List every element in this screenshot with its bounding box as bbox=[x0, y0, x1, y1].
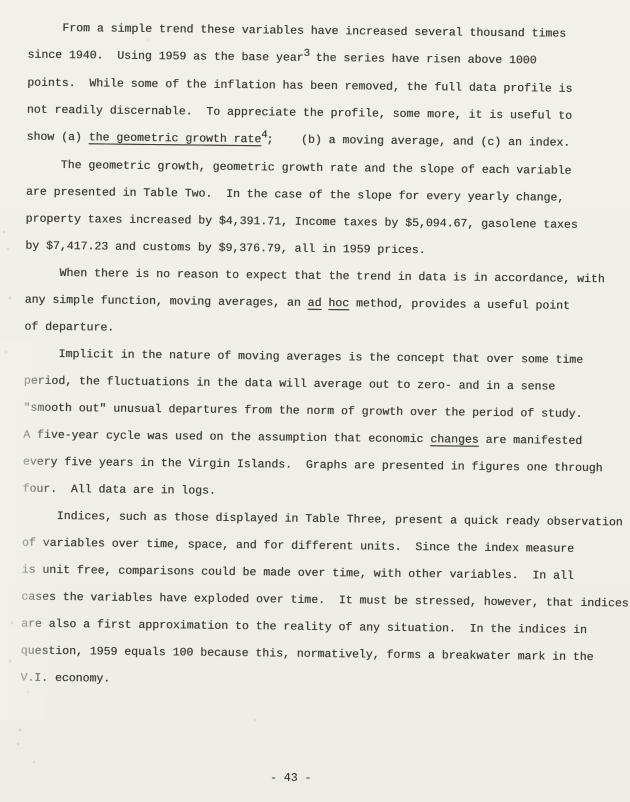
text-segment: question, 1959 equals 100 because this, … bbox=[21, 645, 594, 664]
text-segment: Implicit in the nature of moving average… bbox=[24, 348, 583, 367]
text-segment: V.I. economy. bbox=[20, 672, 110, 686]
footnote-superscript: 4 bbox=[261, 129, 266, 141]
text-segment: "smooth out" unusual departures from the… bbox=[23, 402, 582, 421]
underlined-phrase: hoc bbox=[328, 297, 349, 310]
text-segment: ; (b) a moving average, and (c) an index… bbox=[267, 133, 571, 149]
text-segment: The geometric growth, geometric growth r… bbox=[26, 159, 571, 178]
text-segment: are manifested bbox=[479, 434, 583, 448]
underlined-phrase: changes bbox=[430, 433, 478, 447]
underlined-phrase: the geometric growth rate bbox=[89, 131, 262, 146]
text-segment: not readily discernable. To appreciate t… bbox=[27, 104, 572, 123]
text-segment: by $7,417.23 and customs by $9,376.79, a… bbox=[25, 240, 425, 258]
text-segment: is unit free, comparisons could be made … bbox=[22, 564, 574, 583]
text-segment: since 1940. Using 1959 as the base year bbox=[27, 49, 303, 65]
text-segment: method, provides a useful point bbox=[349, 297, 570, 313]
text-segment: property taxes increased by $4,391.71, I… bbox=[26, 213, 578, 232]
footnote-superscript: 3 bbox=[304, 48, 309, 60]
text-segment: every five years in the Virgin Islands. … bbox=[23, 456, 603, 476]
typed-text-block: From a simple trend these variables have… bbox=[20, 15, 624, 699]
text-segment: four. All data are in logs. bbox=[23, 483, 216, 498]
text-segment: A five-year cycle was used on the assump… bbox=[23, 429, 430, 447]
text-segment: the series have risen above 1000 bbox=[309, 52, 537, 68]
text-segment: period, the fluctuations in the data wil… bbox=[24, 375, 556, 394]
text-segment: of variables over time, space, and for d… bbox=[22, 537, 574, 556]
text-segment: any simple function, moving averages, an bbox=[25, 294, 308, 310]
text-segment: Indices, such as those displayed in Tabl… bbox=[22, 510, 623, 530]
text-segment: show (a) bbox=[27, 131, 89, 145]
text-segment: cases the variables have exploded over t… bbox=[21, 591, 628, 611]
text-segment: of departure. bbox=[24, 321, 114, 335]
underlined-phrase: ad bbox=[308, 297, 322, 310]
text-segment: are also a first approximation to the re… bbox=[21, 618, 587, 637]
text-segment: points. While some of the inflation has … bbox=[27, 77, 572, 96]
scanned-paper-page: From a simple trend these variables have… bbox=[0, 0, 630, 802]
text-segment: From a simple trend these variables have… bbox=[28, 22, 566, 41]
text-segment: are presented in Table Two. In the case … bbox=[26, 186, 564, 205]
page-number: - 43 - bbox=[270, 769, 311, 789]
text-segment: When there is no reason to expect that t… bbox=[25, 267, 605, 287]
